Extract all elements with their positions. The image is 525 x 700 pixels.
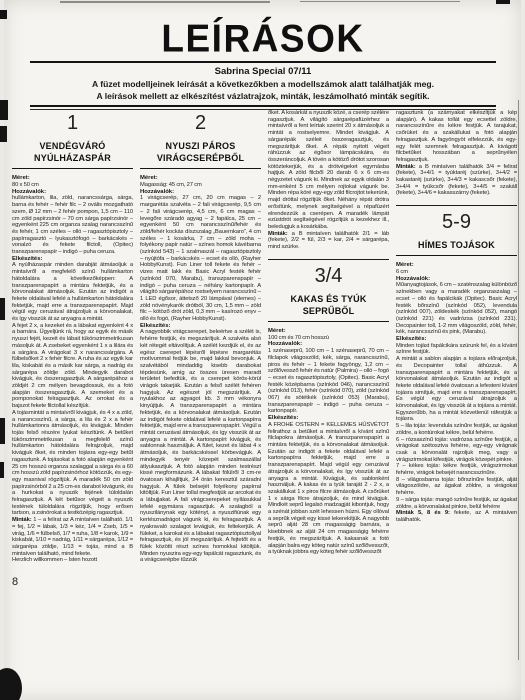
- hozzavalok-text: Műanyagtojások, 6 cm – szaténszalag külö…: [396, 282, 517, 336]
- hozzavalok-label: Hozzávalók:: [140, 189, 261, 196]
- mintak-list: Minták 5, 8 és 9: fekete, az A mintaíven…: [396, 510, 517, 523]
- article-columns: 1 VENDÉGVÁRÓ NYÚLHÁZASPÁR Méret: 80 x 50…: [12, 110, 517, 695]
- elkeszites-paragraph: A fejet 2 x, a kezeket és a lábakat egye…: [12, 323, 133, 410]
- issue-subtitle: Sabrina Special 07/11: [30, 66, 496, 77]
- section-number-3-4: 3/4: [268, 266, 389, 286]
- scan-artifact: [0, 298, 5, 320]
- page-header: LEÍRÁSOK Sabrina Special 07/11 A füzet m…: [30, 20, 496, 110]
- meret-value: 100 cm és 70 cm hosszú: [268, 335, 389, 342]
- scan-artifact: [0, 462, 4, 478]
- hozzavalok-text: hullámkarton, lila, zöld, narancssárga, …: [12, 195, 133, 255]
- egg-item-6: 6 – rózsaszínű tojás: vadrózsa színűre f…: [396, 437, 517, 464]
- hozzavalok-label: Hozzávalók:: [12, 189, 133, 196]
- scan-artifact: [496, 0, 510, 4]
- elkeszites-label: Elkészítés:: [140, 323, 261, 330]
- hozzavalok-text: 1 szénaseprű, 100 cm – 1 szénaseprű, 70 …: [268, 348, 389, 415]
- section-number-1: 1: [12, 113, 133, 133]
- continuation-paragraph: őket. A kosárkát a nyuszik közé, a cseré…: [268, 110, 389, 231]
- scanned-page: LEÍRÁSOK Sabrina Special 07/11 A füzet m…: [4, 0, 521, 700]
- hozzavalok-label: Hozzávalók:: [268, 341, 389, 348]
- egg-item-9: 9 – sárga tojás: mangó színűre festjük, …: [396, 497, 517, 510]
- section-number-2: 2: [140, 113, 261, 133]
- elkeszites-label: Elkészítés:: [12, 256, 133, 263]
- scan-artifact: [0, 100, 8, 120]
- section-divider: [268, 259, 389, 260]
- egg-item-5: 5 – lila tojás: levendula színűre festjü…: [396, 423, 517, 436]
- meret-label: Méret:: [268, 328, 389, 335]
- section-heading-2: NYUSZI PÁROS VIRÁGCSERÉPBŐL: [140, 140, 261, 169]
- column-3: őket. A kosárkát a nyuszik közé, a cseré…: [268, 110, 389, 695]
- scan-artifact: [0, 10, 7, 19]
- mintak-list: Minták: a B mintaíven találhatók 3/4 = f…: [396, 164, 517, 198]
- mintak-list: Minták: 1 – a felirat az A mintaíven tal…: [12, 517, 133, 557]
- mintak-label: Minták:: [396, 164, 416, 170]
- elkeszites-paragraph: A nagyobbik virágcserepet, beleértve a s…: [140, 329, 261, 564]
- section-heading-1: VENDÉGVÁRÓ NYÚLHÁZASPÁR: [12, 140, 133, 169]
- scan-artifact: [60, 1, 270, 3]
- hozzavalok-text: 1 virágcserép, 27 cm, 20 cm magas – 2 ma…: [140, 195, 261, 322]
- mintak-label: Minták 5, 8 és 9:: [396, 510, 450, 516]
- column-2: 2 NYUSZI PÁROS VIRÁGCSERÉPBŐL Méret: Mag…: [140, 110, 261, 695]
- meret-value: 6 cm: [396, 269, 517, 276]
- egg-item-7: 7 – kékes tojás: kékre festjük, virágszi…: [396, 463, 517, 476]
- mintak-label: Minták:: [12, 517, 32, 523]
- column-4: ragasztunk (a szárnyakat elkészítjük a k…: [396, 110, 517, 695]
- elkeszites-paragraph: A nyúlházaspár minden darabját átmásolju…: [12, 262, 133, 322]
- section-divider: [396, 205, 517, 206]
- mintak-text: 1 – a felirat az A mintaíven található. …: [12, 517, 133, 557]
- elkeszites-paragraph: A mintát a sablon alapján a tojásra előr…: [396, 356, 517, 423]
- continuation-paragraph: ragasztunk (a szárnyakat elkészítjük a k…: [396, 110, 517, 164]
- section-heading-5-9: HÍMES TOJÁSOK: [396, 239, 517, 256]
- elkeszites-paragraph: A tojásmintát a mintaívről kivágjuk, és …: [12, 410, 133, 517]
- mintak-label: Minták:: [268, 231, 288, 237]
- page-title: LEÍRÁSOK: [30, 19, 496, 60]
- intro-line-2: A leírások mellett az elkészítést vázlat…: [30, 91, 496, 101]
- meret-label: Méret:: [140, 175, 261, 182]
- elkeszites-paragraph: A FROHE OSTERN = KELLEMES HÚSVÉTOT felir…: [268, 422, 389, 556]
- meret-value: 80 x 50 cm: [12, 182, 133, 189]
- mintak-list: Minták: a B mintaíven találhatók 2/1 = l…: [268, 231, 389, 251]
- scan-artifact: [518, 100, 519, 660]
- meret-value: Magasság: 45 cm, 27 cm: [140, 182, 261, 189]
- elkeszites-label: Elkészítés:: [396, 336, 517, 343]
- hozzavalok-label: Hozzávalók:: [396, 276, 517, 283]
- meret-label: Méret:: [12, 175, 133, 182]
- egg-item-8: 8 – világosbarna tojás: bőrszínűre festj…: [396, 477, 517, 497]
- page-number: 8: [12, 576, 133, 588]
- scan-artifact: [0, 126, 7, 142]
- section-heading-3-4: KAKAS ÉS TYÚK SEPRŰBŐL: [268, 293, 389, 322]
- scan-artifact: [0, 418, 5, 444]
- intro-line-1: A füzet modelljeinek leírását a következ…: [30, 79, 496, 89]
- section-number-5-9: 5-9: [396, 212, 517, 232]
- elkeszites-paragraph: Minden tojást fapálcikára szúrunk fel, é…: [396, 343, 517, 356]
- meret-label: Méret:: [396, 262, 517, 269]
- title-rule: [30, 61, 496, 63]
- column-1: 1 VENDÉGVÁRÓ NYÚLHÁZASPÁR Méret: 80 x 50…: [12, 110, 133, 695]
- greeting-line: Herzlich willkommen – Isten hozott: [12, 557, 133, 564]
- scan-artifact: [300, 1, 460, 2]
- elkeszites-label: Elkészítés:: [268, 415, 389, 422]
